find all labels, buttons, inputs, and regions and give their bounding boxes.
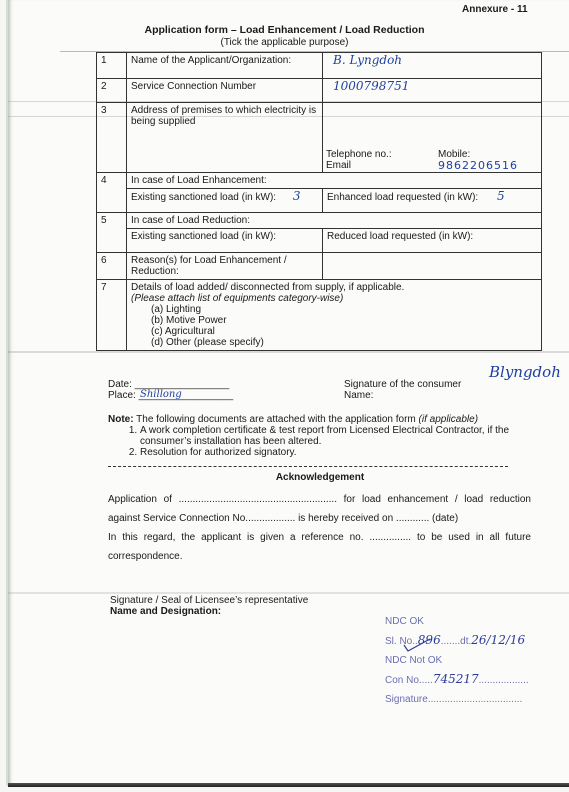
paper-fold: [8, 592, 569, 594]
name-designation-label: Name and Designation:: [110, 606, 221, 617]
note-label: Note:: [108, 414, 134, 425]
place-label: Place:: [108, 390, 136, 401]
form-title: Application form – Load Enhancement / Lo…: [0, 24, 569, 36]
existing-load-field[interactable]: Existing sanctioned load (in kW): 3: [127, 189, 323, 213]
form-row-load-enhancement: 4 In case of Load Enhancement:: [97, 173, 542, 189]
field-note: (Please attach list of equipments catego…: [131, 293, 537, 304]
row-number: 5: [97, 213, 127, 253]
cut-line: [108, 466, 508, 467]
field-label: Reason(s) for Load Enhancement / Reducti…: [127, 253, 323, 280]
con-no-label: Con No: [385, 675, 419, 686]
consumer-signature-label: Signature of the consumer: [344, 379, 461, 390]
row-number: 6: [97, 253, 127, 280]
category-agricultural: (c) Agricultural: [131, 326, 537, 337]
field-label: Existing sanctioned load (in kW):: [131, 231, 276, 242]
category-lighting: (a) Lighting: [131, 304, 537, 315]
field-label: Existing sanctioned load (in kW):: [131, 192, 276, 203]
field-label: Reduced load requested (in kW):: [327, 231, 473, 242]
category-other: (d) Other (please specify): [131, 337, 537, 348]
form-row-load-details: 7 Details of load added/ disconnected fr…: [97, 280, 542, 351]
note-qualifier: (if applicable): [419, 414, 478, 425]
row-number: 2: [97, 79, 127, 103]
form-subtitle: (Tick the applicable purpose): [0, 37, 569, 48]
load-details-field[interactable]: Details of load added/ disconnected from…: [127, 280, 542, 351]
row-number: 1: [97, 53, 127, 79]
con-no-value: 745217: [433, 672, 479, 686]
existing-load-reduction-field[interactable]: Existing sanctioned load (in kW):: [127, 229, 323, 253]
email-label: Email: [326, 160, 392, 171]
form-row-load-reduction-values: Existing sanctioned load (in kW): Reduce…: [97, 229, 542, 253]
telephone-label: Telephone no.:: [326, 149, 392, 160]
enhanced-load-value: 5: [497, 189, 505, 203]
applicant-name-field[interactable]: B. Lyngdoh: [323, 53, 542, 79]
reduced-load-field[interactable]: Reduced load requested (in kW):: [323, 229, 542, 253]
form-row-service-connection: 2 Service Connection Number 1000798751: [97, 79, 542, 103]
row-number: 3: [97, 103, 127, 173]
form-row-load-reduction: 5 In case of Load Reduction:: [97, 213, 542, 229]
note-section: Note: The following documents are attach…: [108, 414, 538, 458]
section-heading: In case of Load Enhancement:: [127, 173, 542, 189]
field-label: Details of load added/ disconnected from…: [131, 282, 537, 293]
note-item: Resolution for authorized signatory.: [140, 447, 538, 458]
note-item: A work completion certificate & test rep…: [140, 425, 538, 447]
applicant-name-value: B. Lyngdoh: [333, 53, 402, 67]
row-number: 7: [97, 280, 127, 351]
mobile-value[interactable]: 9862206516: [438, 160, 518, 171]
form-row-address: 3 Address of premises to which electrici…: [97, 103, 542, 173]
annexure-label: Annexure - 11: [462, 4, 528, 15]
consumer-signature-block: Signature of the consumer Name:: [344, 379, 461, 401]
consumer-name-label: Name:: [344, 390, 461, 401]
date-label: Date:: [108, 379, 132, 390]
form-row-applicant-name: 1 Name of the Applicant/Organization: B.…: [97, 53, 542, 79]
enhanced-load-field[interactable]: Enhanced load requested (in kW): 5: [323, 189, 542, 213]
address-field[interactable]: Telephone no.: Email Mobile: 9862206516: [323, 103, 542, 173]
reason-field[interactable]: [323, 253, 542, 280]
acknowledgement-paragraph: Application of .........................…: [108, 490, 531, 528]
ndc-ok-label: NDC OK: [385, 612, 529, 631]
form-row-load-enhancement-values: Existing sanctioned load (in kW): 3 Enha…: [97, 189, 542, 213]
field-label: Service Connection Number: [127, 79, 323, 103]
place-value: Shillong: [140, 389, 182, 400]
acknowledgement-body: Application of .........................…: [108, 490, 531, 566]
note-text: The following documents are attached wit…: [134, 414, 419, 425]
licensee-signature-block: Signature / Seal of Licensee’s represent…: [110, 595, 308, 617]
dt-value: 26/12/16: [471, 633, 525, 647]
service-connection-value: 1000798751: [333, 79, 409, 93]
application-form-table: 1 Name of the Applicant/Organization: B.…: [96, 52, 542, 351]
form-row-reason: 6 Reason(s) for Load Enhancement / Reduc…: [97, 253, 542, 280]
section-heading: In case of Load Reduction:: [127, 213, 542, 229]
row-number: 4: [97, 173, 127, 213]
ndc-not-ok-label: NDC Not OK: [385, 651, 529, 670]
service-connection-field[interactable]: 1000798751: [323, 79, 542, 103]
ndc-stamp: NDC OK Sl. No..896.......dt.26/12/16 NDC…: [385, 612, 529, 709]
consumer-signature[interactable]: Blyngdoh: [489, 363, 561, 381]
existing-load-value: 3: [293, 189, 301, 203]
paper-fold: [8, 351, 569, 353]
category-motive-power: (b) Motive Power: [131, 315, 537, 326]
field-label: Address of premises to which electricity…: [127, 103, 323, 173]
dt-label: dt: [460, 636, 468, 647]
page-edge: [8, 783, 569, 787]
acknowledgement-title: Acknowledgement: [0, 472, 569, 483]
licensee-signature-label: Signature / Seal of Licensee’s represent…: [110, 595, 308, 606]
acknowledgement-paragraph: In this regard, the applicant is given a…: [108, 528, 531, 566]
checkmark-icon: [402, 638, 432, 652]
stamp-signature-label: Signature: [385, 694, 428, 705]
field-label: Enhanced load requested (in kW):: [327, 192, 478, 203]
field-label: Name of the Applicant/Organization:: [127, 53, 323, 79]
